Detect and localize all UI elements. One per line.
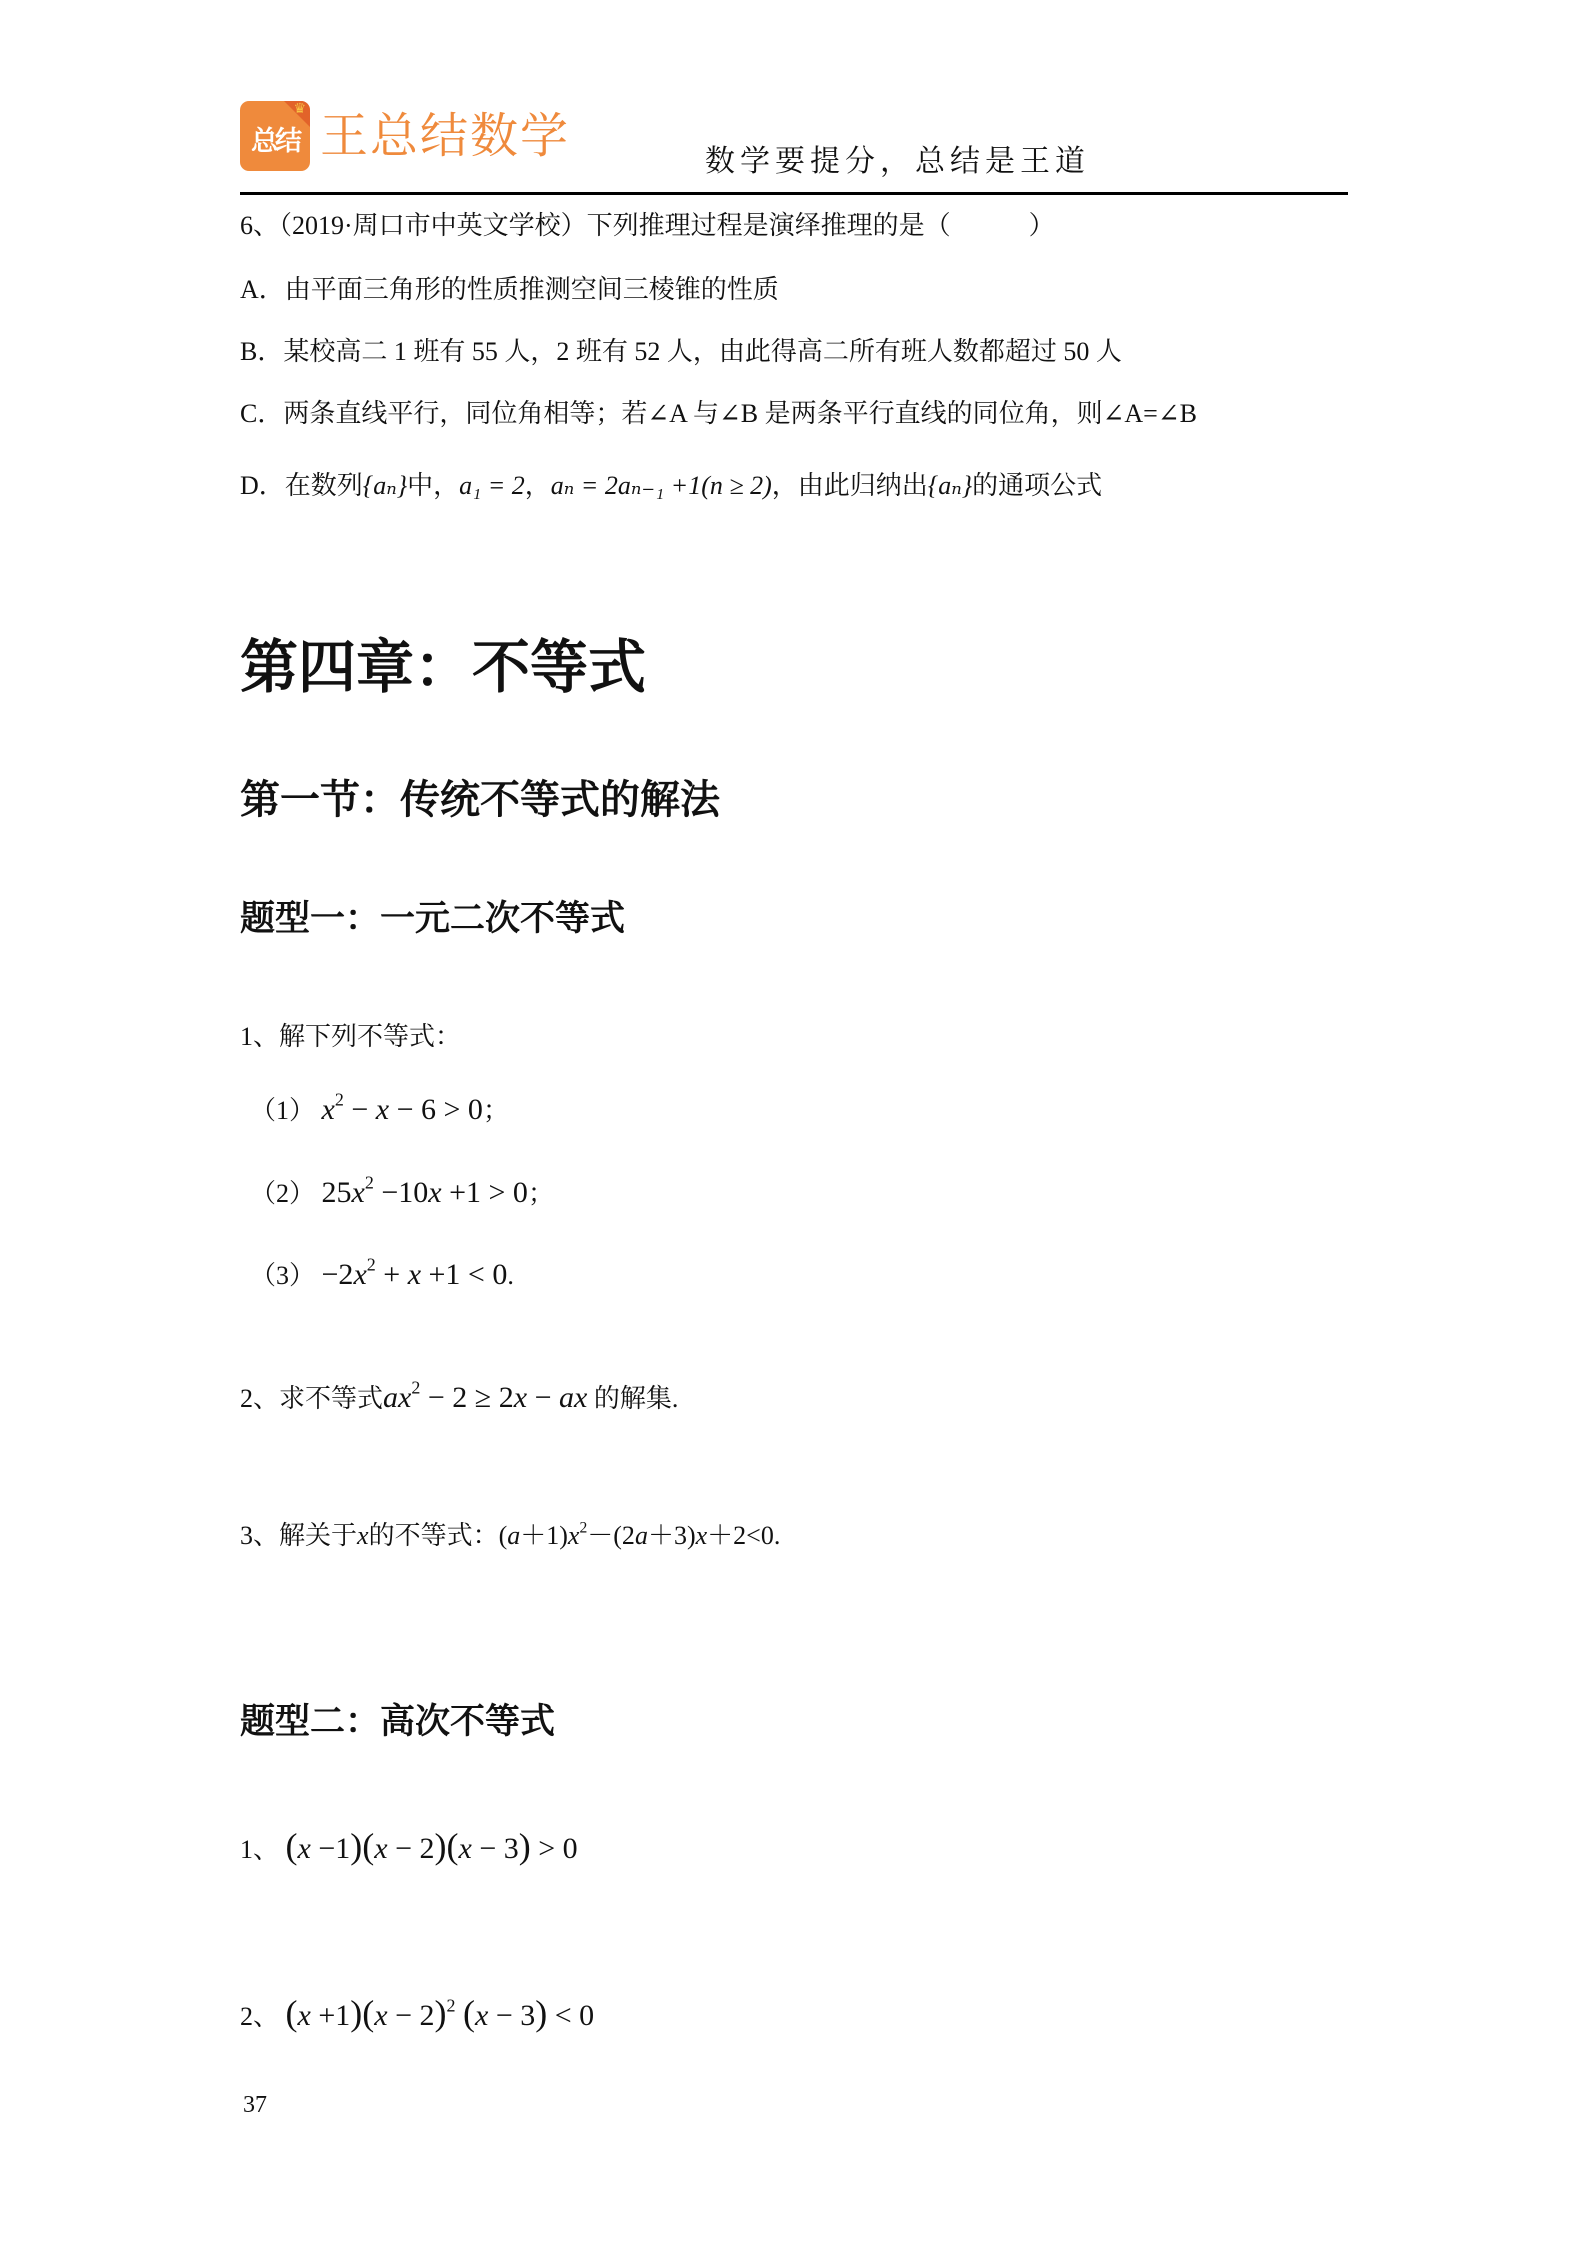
item-end: . bbox=[507, 1261, 514, 1290]
type1-q1-item-2: （2） 25x2 −10x +1 > 0； bbox=[250, 1175, 554, 1212]
question-text: 的不等式： bbox=[369, 1521, 499, 1550]
option-text: 两条直线平行，同位角相等；若∠A 与∠B 是两条平行直线的同位角，则∠A=∠B bbox=[283, 399, 1197, 428]
question-type-1-title: 题型一：一元二次不等式 bbox=[240, 894, 625, 944]
page-number: 37 bbox=[243, 2090, 267, 2120]
option-label: B． bbox=[240, 337, 283, 366]
recurrence-formula: aₙ = 2aₙ₋₁ +1(n ≥ 2) bbox=[551, 471, 772, 500]
option-text: 在数列 bbox=[285, 471, 363, 500]
logo-text: 总结 bbox=[240, 119, 310, 158]
sequence-formula: {aₙ} bbox=[363, 471, 407, 500]
option-text: 的通项公式 bbox=[972, 471, 1102, 500]
option-text: 由平面三角形的性质推测空间三棱锥的性质 bbox=[285, 275, 779, 304]
inequality-formula: x2 − x − 6 > 0 bbox=[322, 1093, 483, 1126]
brand-name: 王总结数学 bbox=[320, 104, 570, 168]
section-title: 第一节：传统不等式的解法 bbox=[240, 772, 720, 828]
inequality-formula: −2x2 + x +1 < 0 bbox=[322, 1258, 508, 1291]
inequality-formula: (a＋1)x2－(2a＋3)x＋2<0. bbox=[499, 1521, 781, 1550]
option-text: ，由此归纳出 bbox=[772, 471, 928, 500]
question-label: 1、 bbox=[240, 1835, 279, 1864]
option-text: 某校高二 1 班有 55 人，2 班有 52 人，由此得高二所有班人数都超过 5… bbox=[283, 337, 1122, 366]
inequality-formula: ax2 − 2 ≥ 2x − ax bbox=[383, 1381, 587, 1414]
option-a: A．由平面三角形的性质推测空间三棱锥的性质 bbox=[240, 272, 779, 308]
item-end: ； bbox=[528, 1179, 554, 1208]
option-label: C． bbox=[240, 399, 283, 428]
inequality-formula: 25x2 −10x +1 > 0 bbox=[322, 1176, 528, 1209]
item-end: ； bbox=[483, 1096, 509, 1125]
item-label: （3） bbox=[250, 1261, 315, 1290]
header-slogan: 数学要提分，总结是王道 bbox=[705, 140, 1090, 184]
initial-term-formula: a₁ = 2 bbox=[459, 471, 525, 500]
sequence-formula: {aₙ} bbox=[928, 471, 972, 500]
option-label: A． bbox=[240, 275, 285, 304]
question-text: 2、求不等式 bbox=[240, 1384, 383, 1413]
type1-question-1-stem: 1、解下列不等式： bbox=[240, 1019, 461, 1055]
chapter-title: 第四章：不等式 bbox=[240, 630, 646, 704]
question-type-2-title: 题型二：高次不等式 bbox=[240, 1697, 555, 1747]
item-label: （2） bbox=[250, 1179, 315, 1208]
option-c: C．两条直线平行，同位角相等；若∠A 与∠B 是两条平行直线的同位角，则∠A=∠… bbox=[240, 396, 1197, 432]
question-text: 的解集. bbox=[594, 1384, 679, 1413]
crown-icon: ♛ bbox=[293, 101, 306, 117]
option-d: D．在数列{aₙ}中，a₁ = 2，aₙ = 2aₙ₋₁ +1(n ≥ 2)，由… bbox=[240, 468, 1102, 504]
type1-q1-item-1: （1） x2 − x − 6 > 0； bbox=[250, 1092, 509, 1129]
inequality-formula: (x −1)(x − 2)(x − 3) > 0 bbox=[286, 1832, 578, 1865]
type1-question-3: 3、解关于x的不等式：(a＋1)x2－(2a＋3)x＋2<0. bbox=[240, 1518, 780, 1554]
option-label: D． bbox=[240, 471, 285, 500]
type2-question-2: 2、 (x +1)(x − 2)2 (x − 3) < 0 bbox=[240, 1995, 594, 2035]
question-6-stem: 6、（2019·周口市中英文学校）下列推理过程是演绎推理的是（ ） bbox=[240, 208, 1055, 244]
item-label: （1） bbox=[250, 1096, 315, 1125]
option-text: ， bbox=[525, 471, 551, 500]
question-label: 2、 bbox=[240, 2002, 279, 2031]
inequality-formula: (x +1)(x − 2)2 (x − 3) < 0 bbox=[286, 1999, 595, 2032]
type1-question-2: 2、求不等式ax2 − 2 ≥ 2x − ax 的解集. bbox=[240, 1380, 678, 1417]
option-text: 中， bbox=[407, 471, 459, 500]
header-divider bbox=[240, 192, 1348, 195]
type2-question-1: 1、 (x −1)(x − 2)(x − 3) > 0 bbox=[240, 1828, 578, 1868]
question-text: 3、解关于 bbox=[240, 1521, 357, 1550]
type1-q1-item-3: （3） −2x2 + x +1 < 0. bbox=[250, 1257, 514, 1294]
option-b: B．某校高二 1 班有 55 人，2 班有 52 人，由此得高二所有班人数都超过… bbox=[240, 334, 1122, 370]
brand-logo: ♛ 总结 bbox=[240, 101, 310, 171]
variable: x bbox=[357, 1521, 369, 1550]
